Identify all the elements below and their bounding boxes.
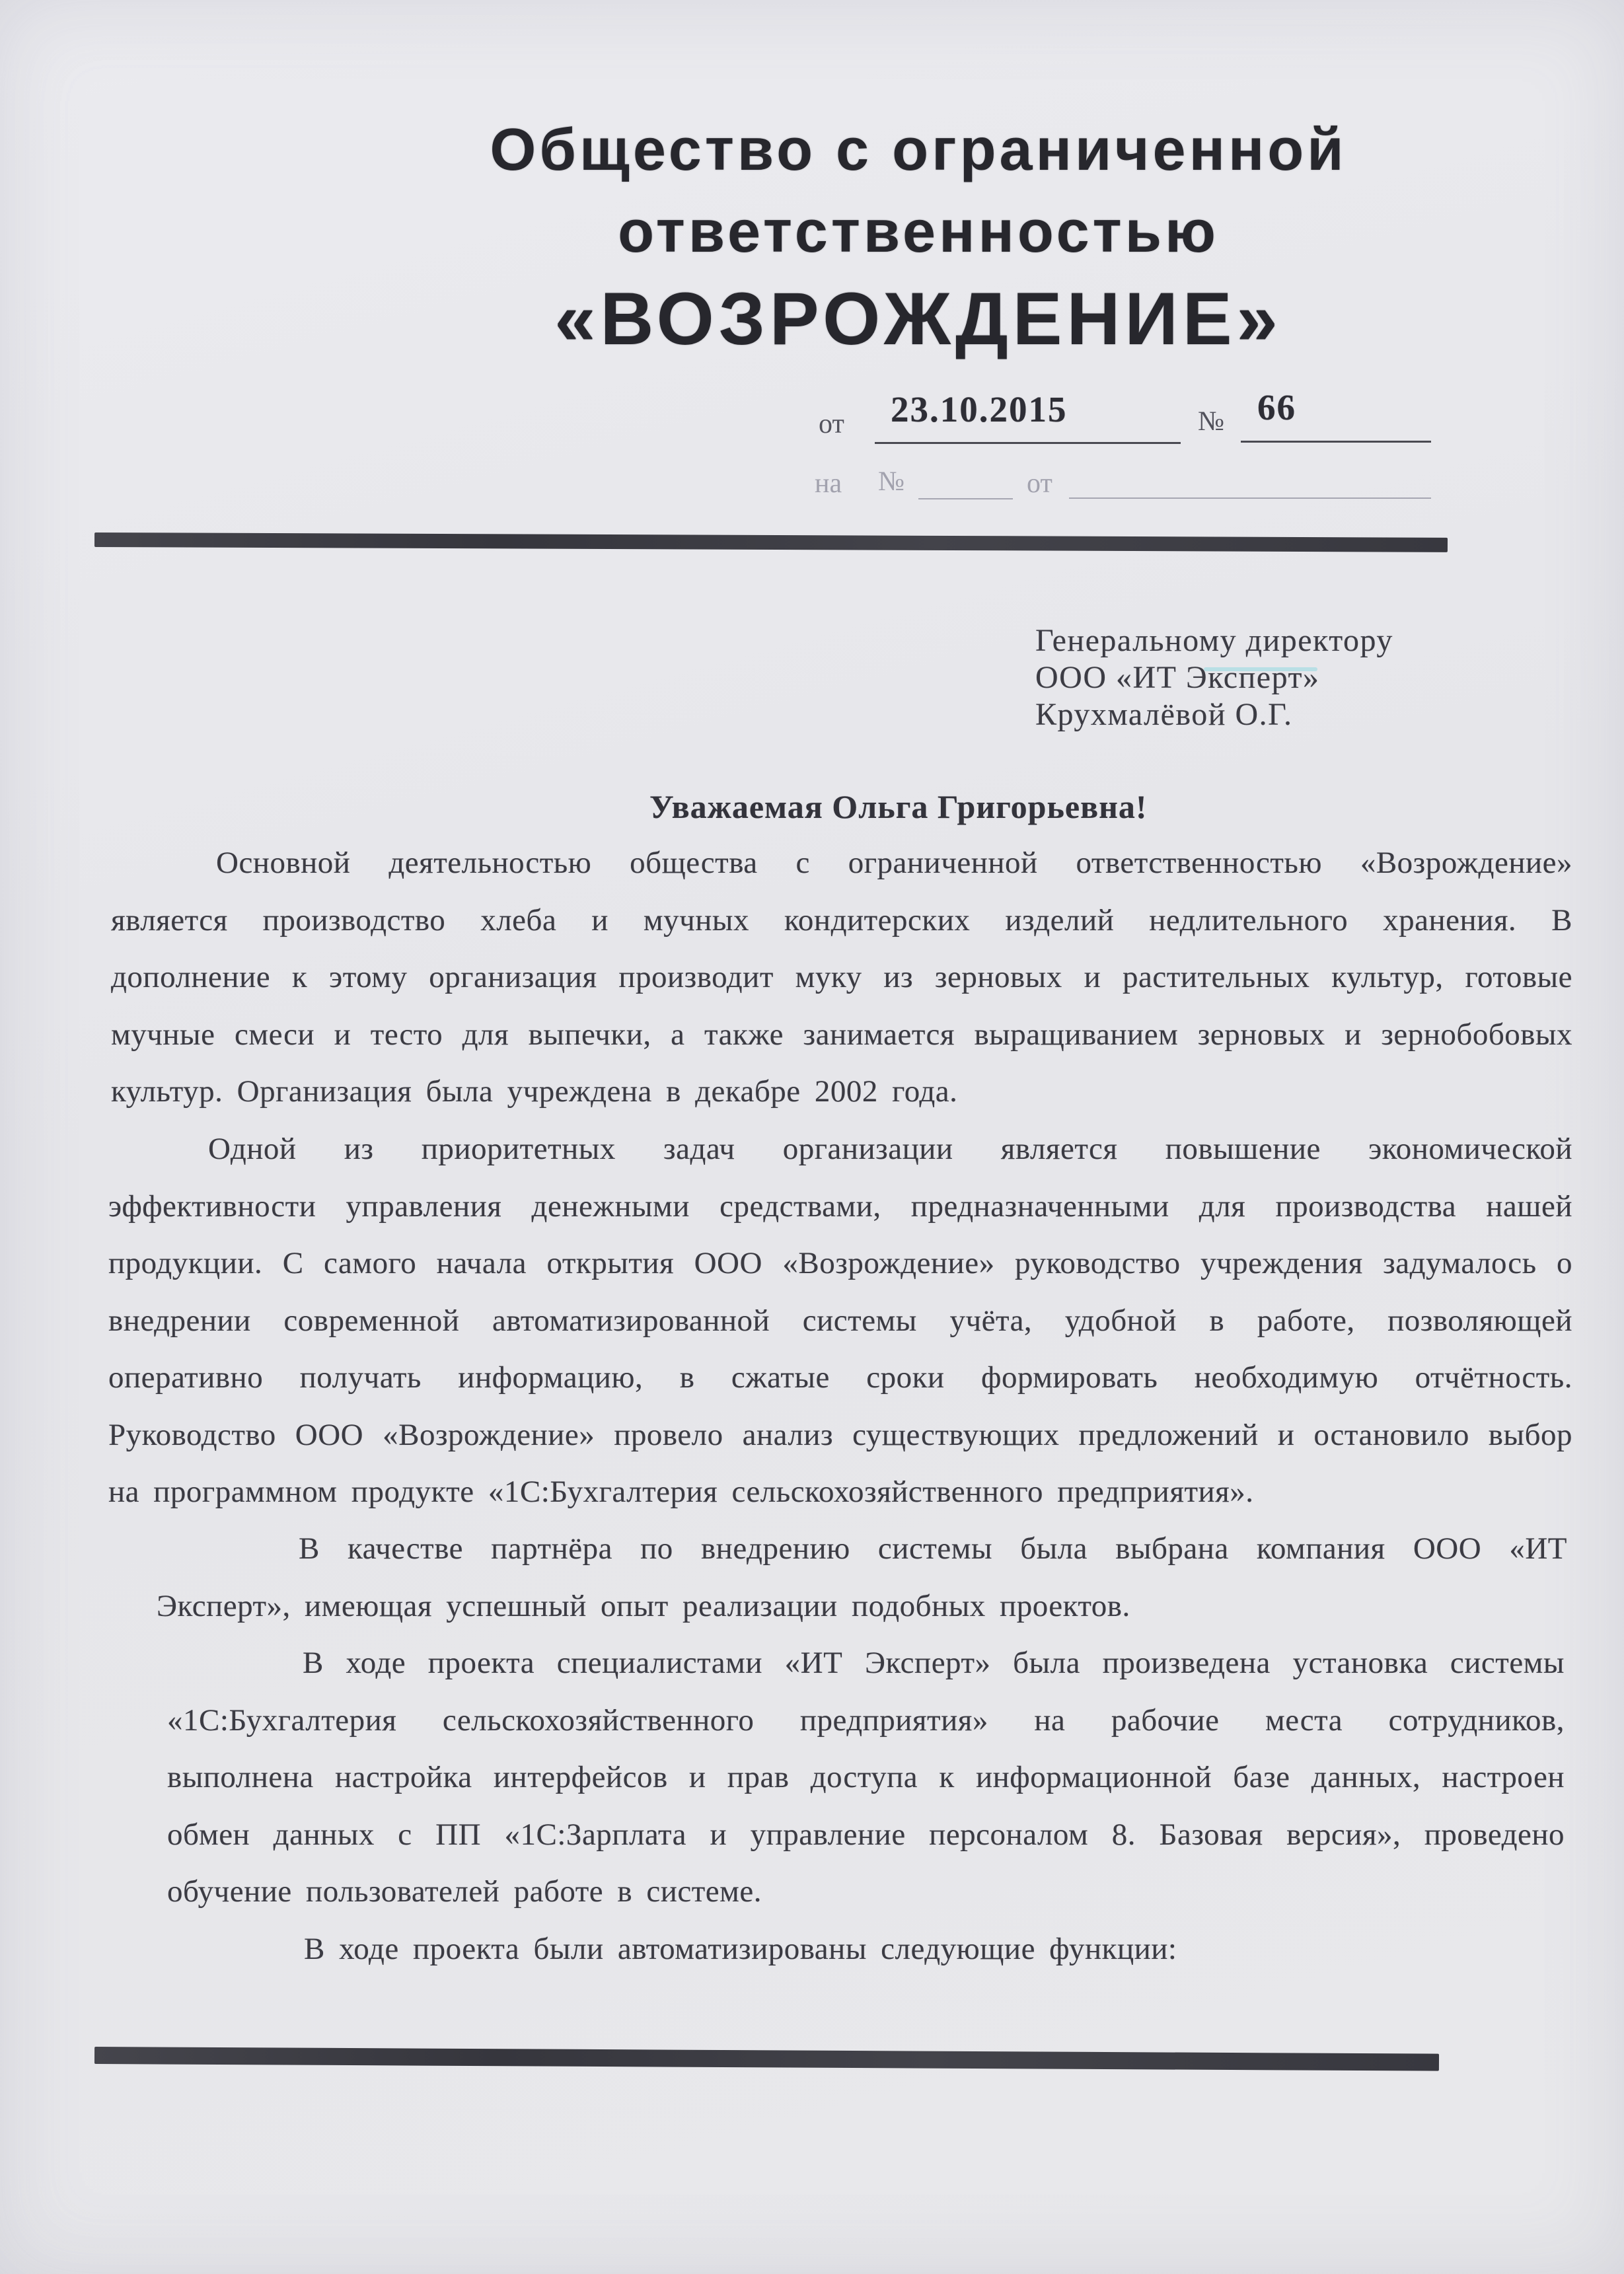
org-name-line-1: Общество с ограниченной bbox=[213, 116, 1624, 184]
body-line: эффективности управления денежными средс… bbox=[108, 1178, 1572, 1235]
body-line: выполнена настройка интерфейсов и прав д… bbox=[167, 1749, 1565, 1806]
reply-date-label: от bbox=[1027, 468, 1052, 499]
letter-number-value: 66 bbox=[1257, 386, 1296, 428]
body-line: Эксперт», имеющая успешный опыт реализац… bbox=[157, 1578, 1567, 1635]
body-line: обмен данных с ПП «1С:Зарплата и управле… bbox=[167, 1806, 1565, 1864]
body-line: внедрении современной автоматизированной… bbox=[108, 1292, 1572, 1350]
body-line: на программном продукте «1С:Бухгалтерия … bbox=[108, 1463, 1572, 1521]
letter-date-label: от bbox=[819, 408, 844, 440]
body-line: В качестве партнёра по внедрению системы… bbox=[157, 1520, 1567, 1578]
addressee-block: Генеральному директору ООО «ИТ Эксперт» … bbox=[1035, 622, 1393, 733]
body-line: дополнение к этому организация производи… bbox=[111, 949, 1572, 1006]
body-line: В ходе проекта были автоматизированы сле… bbox=[167, 1921, 1565, 1978]
body-line: оперативно получать информацию, в сжатые… bbox=[108, 1349, 1572, 1407]
scanner-highlight-artifact bbox=[1204, 667, 1317, 671]
reply-date-blank-line bbox=[1069, 497, 1431, 499]
reply-number-blank-line bbox=[918, 498, 1013, 499]
addressee-line: Генеральному директору bbox=[1035, 622, 1393, 659]
letter-date-value: 23.10.2015 bbox=[891, 388, 1068, 430]
paragraph: В ходе проекта были автоматизированы сле… bbox=[167, 1921, 1565, 1978]
body-line: мучные смеси и тесто для выпечки, а такж… bbox=[111, 1006, 1572, 1064]
reply-number-label: № bbox=[878, 466, 904, 497]
salutation: Уважаемая Ольга Григорьевна! bbox=[649, 788, 1148, 826]
org-name-line-2: ответственностью bbox=[213, 198, 1624, 266]
paragraph: В ходе проекта специалистами «ИТ Эксперт… bbox=[167, 1634, 1565, 1921]
paragraph: Основной деятельностью общества с ограни… bbox=[111, 834, 1572, 1120]
top-separator-rule bbox=[94, 532, 1448, 552]
body-line: культур. Организация была учреждена в де… bbox=[111, 1063, 1572, 1120]
body-line: Основной деятельностью общества с ограни… bbox=[111, 834, 1572, 892]
paragraph: В качестве партнёра по внедрению системы… bbox=[157, 1520, 1567, 1634]
letter-number-label: № bbox=[1198, 406, 1224, 437]
body-line: продукции. С самого начала открытия ООО … bbox=[108, 1235, 1572, 1292]
body-line: является производство хлеба и мучных кон… bbox=[111, 892, 1572, 949]
body-line: В ходе проекта специалистами «ИТ Эксперт… bbox=[167, 1634, 1565, 1692]
addressee-line: Крухмалёвой О.Г. bbox=[1035, 696, 1393, 733]
org-name-line-3: «ВОЗРОЖДЕНИЕ» bbox=[213, 276, 1624, 361]
body-line: Одной из приоритетных задач организации … bbox=[108, 1120, 1572, 1178]
paragraph: Одной из приоритетных задач организации … bbox=[108, 1120, 1572, 1521]
date-underline bbox=[875, 442, 1181, 444]
body-line: Руководство ООО «Возрождение» провело ан… bbox=[108, 1407, 1572, 1464]
scanned-letter-page: Общество с ограниченной ответственностью… bbox=[0, 0, 1624, 2274]
number-underline bbox=[1241, 441, 1431, 443]
addressee-line: ООО «ИТ Эксперт» bbox=[1035, 659, 1393, 696]
reply-to-label: на bbox=[815, 468, 842, 499]
bottom-separator-rule bbox=[94, 2047, 1439, 2071]
body-line: обучение пользователей работе в системе. bbox=[167, 1863, 1565, 1921]
body-line: «1С:Бухгалтерия сельскохозяйственного пр… bbox=[167, 1692, 1565, 1749]
